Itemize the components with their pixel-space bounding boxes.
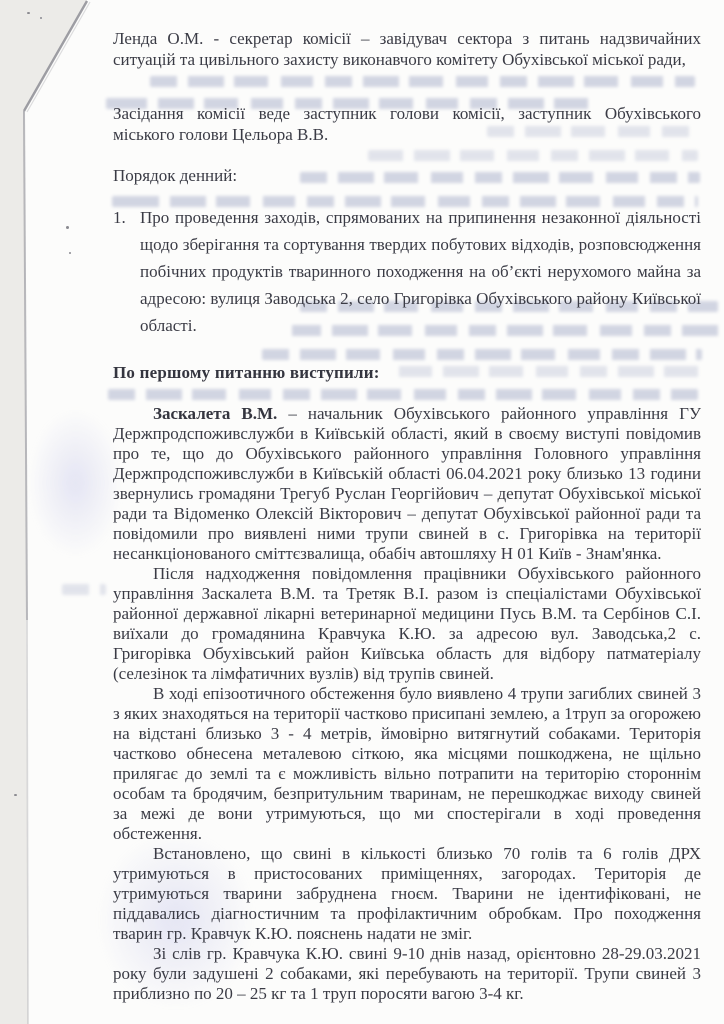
- paragraph-secretary: Ленда О.М. - секретар комісії – завідува…: [113, 28, 701, 70]
- speech-paragraph: Зі слів гр. Кравчука К.Ю. свині 9-10 дні…: [113, 944, 701, 1004]
- speech-paragraph: В ході епізоотичного обстеження було вия…: [113, 684, 701, 844]
- agenda-list: 1. Про проведення заходів, спрямованих н…: [113, 204, 701, 339]
- agenda-item-number: 1.: [113, 204, 140, 339]
- speech-paragraph: Встановлено, що свині в кількості близьк…: [113, 844, 701, 944]
- scanned-document-page: Ленда О.М. - секретар комісії – завідува…: [0, 0, 724, 1024]
- scan-speck: [66, 226, 69, 229]
- scan-speck: [40, 17, 42, 19]
- scan-speck: [27, 12, 30, 14]
- scan-speck: [69, 252, 71, 254]
- scan-speck: [14, 794, 17, 796]
- speech-lead-text: – начальник Обухівського районного управ…: [113, 404, 701, 563]
- section-heading: По першому питанню виступили:: [113, 363, 701, 383]
- ghost-line: [62, 584, 106, 595]
- agenda-item-text: Про проведення заходів, спрямованих на п…: [140, 204, 701, 339]
- speech-block: Заскалета В.М. – начальник Обухівського …: [113, 404, 701, 1004]
- speaker-name: Заскалета В.М.: [153, 404, 277, 423]
- document-content: Ленда О.М. - секретар комісії – завідува…: [113, 28, 701, 1004]
- ink-bleed-stain: [28, 408, 123, 558]
- speech-paragraph: Після надходження повідомлення працівник…: [113, 564, 701, 684]
- speech-lead-paragraph: Заскалета В.М. – начальник Обухівського …: [113, 404, 701, 564]
- agenda-heading: Порядок денний:: [113, 165, 701, 186]
- paragraph-chair: Засідання комісії веде заступник голови …: [113, 103, 701, 145]
